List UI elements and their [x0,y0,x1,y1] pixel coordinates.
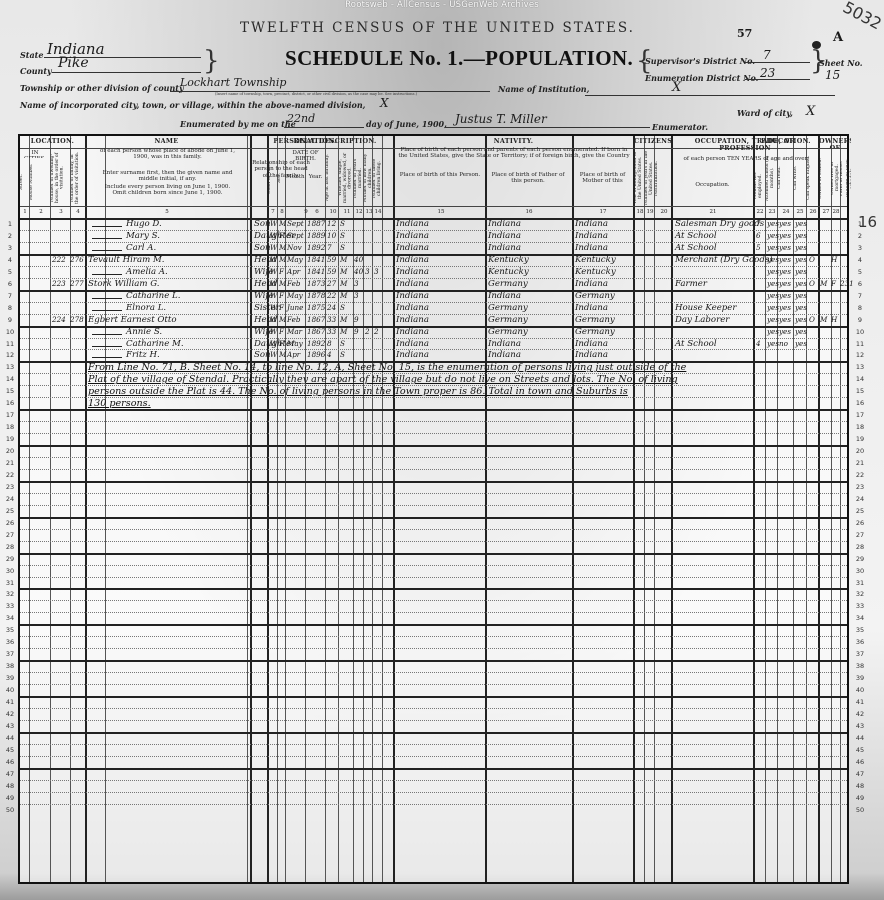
header-in-cities: IN CITIES. [20,150,50,158]
header-immigration-year: Year of immigration to the United States… [634,150,644,206]
cell-pob: Indiana [396,256,429,265]
line-number-right: 29 [853,555,867,563]
enumerator-name: Justus T. Miller [455,112,547,126]
row-divider [20,469,847,470]
ditto-dash [92,226,122,227]
cell-year: 1878 [307,292,325,299]
cell-month: Sept [287,232,304,239]
header-name-desc: of each person whose place of abode on J… [100,148,235,168]
cell-month: Feb [287,280,300,287]
cell-farm: H [831,316,837,323]
row-divider [20,612,847,613]
cell-name: Fritz H. [126,351,160,360]
cell-age: 7 [327,244,332,251]
column-number: 14 [373,209,383,215]
row-divider [20,588,847,590]
cell-marital: M [340,256,347,263]
cell-write: yes [779,280,791,287]
column-number: 22 [755,209,765,215]
ditto-dash [92,250,122,251]
cell-read: yes [767,340,779,347]
cell-farm: H [831,256,837,263]
row-divider [20,421,847,422]
schedule-title: SCHEDULE No. 1.—POPULATION. [285,46,633,71]
cell-year: 1873 [307,280,325,287]
column-divider [353,136,354,882]
township-label: Township or other division of county [20,83,184,93]
line-number-right: 10 [853,328,867,336]
cell-sex: M [279,351,286,358]
cell-pob-father: Indiana [488,351,521,360]
column-number: 8 [277,209,287,215]
ditto-dash [92,346,122,347]
cell-pob-father: Indiana [488,232,521,241]
incorporated-label: Name of incorporated city, town, or vill… [20,100,365,110]
cell-marital: M [340,292,347,299]
line-number-right: 3 [853,244,867,252]
cell-write: no [779,340,788,347]
line-number-right: 26 [853,519,867,527]
line-number-left: 10 [3,328,17,336]
line-number-left: 47 [3,770,17,778]
cell-color: W [270,292,277,299]
header-sex: Sex. [278,150,285,206]
cell-pob: Indiana [396,328,429,337]
line-number-right: 50 [853,806,867,814]
cell-living: 3 [374,268,379,275]
cell-sex: M [279,220,286,227]
brace-icon: } [203,46,220,76]
column-number: 23 [767,209,777,215]
cell-english: yes [795,268,807,275]
cell-sex: F [279,328,284,335]
cell-age: 33 [327,328,336,335]
cell-month: Nov [287,244,302,251]
cell-marital: S [340,232,345,239]
cell-color: W [270,351,277,358]
enumerator-underline [445,127,650,128]
cell-schedule: 231 [840,280,854,287]
row-divider [20,720,847,721]
county-value: Pike [58,55,89,71]
cell-pob-mother: Indiana [575,244,608,253]
cell-write: yes [779,316,791,323]
cell-read: yes [767,232,779,239]
column-number: 17 [598,209,608,215]
line-number-left: 29 [3,555,17,563]
column-divider [382,136,383,882]
cell-months: 5 [756,244,761,251]
cell-year: 1841 [307,268,325,275]
cell-pob-father: Kentucky [488,256,529,265]
cell-write: yes [779,232,791,239]
line-number-left: 25 [3,507,17,515]
line-number-left: 13 [3,363,17,371]
line-number-left: 22 [3,471,17,479]
header-personal: PERSONAL DESCRIPTION. [268,138,382,148]
cell-color: W [270,256,277,263]
header-children-living: Number of these children living. [373,150,382,206]
column-number: 11 [342,209,352,215]
cell-marital: M [340,316,347,323]
cell-name: Catharine L. [126,292,180,301]
cell-color: W [270,232,277,239]
cell-pob-mother: Indiana [575,340,608,349]
line-number-right: 33 [853,602,867,610]
supervisor-label: Supervisor's District No. [645,56,755,66]
day-underline [284,127,364,128]
header-family-number: Number of family, in the order of visita… [71,150,85,206]
column-number: 20 [659,209,669,215]
ditto-dash [92,357,122,358]
cell-occupation: Salesman Dry goods [675,220,764,229]
line-number-left: 30 [3,567,17,575]
line-number-left: 6 [3,280,17,288]
line-number-left: 43 [3,722,17,730]
cell-month: Apr [287,268,300,275]
column-divider [29,136,30,882]
header-pob-person: Place of birth of this Person. [398,172,482,186]
cell-age: 4 [327,351,332,358]
cell-pob-father: Germany [488,316,528,325]
line-number-left: 37 [3,650,17,658]
enumerator-label: Enumerator. [652,122,708,132]
cell-marital: M [340,280,347,287]
line-number-right: 17 [853,411,867,419]
cell-name: Tevault Hiram M. [88,256,164,265]
cell-year: 1892 [307,244,325,251]
line-number-left: 8 [3,304,17,312]
cell-free: M [820,316,827,323]
cell-farm: F [831,280,836,287]
cell-years-married: 3 [354,292,359,299]
cell-month: Sept [287,220,304,227]
line-number-left: 4 [3,256,17,264]
cell-english: yes [795,244,807,251]
header-divider [20,206,847,207]
line-number-right: 42 [853,710,867,718]
header-farm-schedule: Number of farm schedule. [846,150,851,206]
line-number-left: 19 [3,435,17,443]
cell-write: yes [779,256,791,263]
line-number-left: 26 [3,519,17,527]
row-divider [20,624,847,626]
cell-pob: Indiana [396,268,429,277]
line-number-right: 25 [853,507,867,515]
cell-months: 4 [756,340,761,347]
cell-write: yes [779,304,791,311]
cell-year: 1896 [307,351,325,358]
header-dob: DATE OF BIRTH. [286,150,325,160]
line-number-right: 13 [853,363,867,371]
line-number-left: 28 [3,543,17,551]
cell-read: yes [767,268,779,275]
header-nativity: NATIVITY. [394,138,633,147]
cell-pob-father: Indiana [488,220,521,229]
cell-write: yes [779,244,791,251]
line-number-left: 42 [3,710,17,718]
line-number-right: 14 [853,375,867,383]
line-number-right: 45 [853,746,867,754]
header-years-married: Number of years married. [354,150,363,206]
county-underline [52,72,201,73]
line-number-right: 43 [853,722,867,730]
line-number-left: 3 [3,244,17,252]
header-attended-school: Attended school (in months). [766,150,777,206]
line-number-left: 20 [3,447,17,455]
cell-occupation: Day Laborer [675,316,729,325]
cell-name: Hugo D. [126,220,162,229]
cell-marital: S [340,244,345,251]
cell-color: W [270,268,277,275]
cell-marital: S [340,220,345,227]
cell-occupation: At School [675,232,717,241]
line-number-left: 1 [3,220,17,228]
cell-relation: Son [254,351,271,360]
line-number-left: 5 [3,268,17,276]
row-divider [20,732,847,734]
cell-read: yes [767,256,779,263]
line-number-right: 24 [853,495,867,503]
cell-months: 6 [756,232,761,239]
header-years-in-us: Number of years in the United States. [645,150,654,206]
cell-color: W [270,328,277,335]
cell-pob-father: Kentucky [488,268,529,277]
line-number-right: 4 [853,256,867,264]
township-value: Lockhart Township [180,76,286,89]
cell-english: yes [795,280,807,287]
cell-month: Feb [287,316,300,323]
line-number-right: 37 [853,650,867,658]
enumeration-value: 23 [760,66,775,80]
line-number-right: 41 [853,698,867,706]
incorporated-value: X [380,96,389,110]
header-name-instr1: Enter surname first, then the given name… [100,170,235,182]
cell-write: yes [779,268,791,275]
cell-dwelling: 224 [52,316,66,323]
line-number-left: 48 [3,782,17,790]
row-divider [20,541,847,542]
cell-read: yes [767,304,779,311]
line-number-left: 33 [3,602,17,610]
row-divider [20,768,847,770]
cell-sex: F [279,268,284,275]
column-number: 24 [781,209,791,215]
line-number-right: 1 [853,220,867,228]
cell-age: 59 [327,256,336,263]
column-number: 5 [162,209,172,215]
cell-read: yes [767,316,779,323]
column-divider [372,136,373,882]
cell-name: Egbert Earnest Otto [88,316,177,325]
header-color: Color or race. [268,150,277,206]
line-number-left: 31 [3,579,17,587]
line-number-right: 39 [853,674,867,682]
line-number-left: 34 [3,614,17,622]
page-letter: A [833,30,843,45]
column-number: 27 [821,209,831,215]
cell-family: 276 [70,256,84,263]
column-divider [572,136,574,882]
cell-age: 24 [327,304,336,311]
watermark: Rootsweb - AllCensus - USGenWeb Archives [0,0,884,10]
line-number-right: 44 [853,734,867,742]
cell-pob: Indiana [396,304,429,313]
census-title: TWELFTH CENSUS OF THE UNITED STATES. [240,20,635,36]
cell-read: yes [767,328,779,335]
line-number-left: 12 [3,351,17,359]
column-divider [247,136,248,882]
row-divider [20,409,847,411]
header-naturalization: Naturalization. [655,150,671,206]
cell-family: 278 [70,316,84,323]
enumerator-note-line: 130 persons. [88,398,151,409]
cell-month: May [287,256,303,263]
cell-age: 12 [327,220,336,227]
cell-english: yes [795,220,807,227]
cell-read: yes [767,244,779,251]
column-divider [50,136,51,882]
institution-label: Name of Institution, [498,84,589,94]
row-divider [20,672,847,673]
cell-pob: Indiana [396,244,429,253]
cell-mother-of: 3 [365,268,370,275]
line-number-right: 9 [853,316,867,324]
column-divider [363,136,364,882]
cell-marital: S [340,304,345,311]
line-number-right: 21 [853,459,867,467]
header-location: LOCATION. [20,138,85,148]
line-number-left: 49 [3,794,17,802]
header-ownership: OWNERSHIP OF HOME. [819,138,851,148]
page-number: 57 [737,27,752,40]
line-number-right: 18 [853,423,867,431]
cell-occupation: At School [675,340,717,349]
column-number: 2 [36,209,46,215]
cell-age: 22 [327,292,336,299]
cell-age: 33 [327,316,336,323]
header-occupation: Occupation. [672,182,753,192]
cell-pob-mother: Indiana [575,351,608,360]
row-divider [20,529,847,530]
enumerator-note-line: From Line No. 71, B. Sheet No. 14, to li… [88,362,686,373]
cell-occupation: Merchant (Dry Goods) [675,256,773,265]
line-number-right: 28 [853,543,867,551]
line-number-right: 40 [853,686,867,694]
cell-pob-father: Germany [488,304,528,313]
ditto-dash [92,274,122,275]
header-months-unemployed: Months not employed. [754,166,765,206]
line-number-right: 35 [853,626,867,634]
cell-owned: O [809,280,815,287]
column-number: 9 [301,209,311,215]
header-name-instr2: Include every person living on June 1, 1… [100,184,235,198]
column-number: 10 [328,209,338,215]
cell-pob-father: Indiana [488,244,521,253]
line-number-right: 20 [853,447,867,455]
row-divider [20,804,847,805]
cell-pob-father: Germany [488,328,528,337]
line-number-right: 15 [853,387,867,395]
row-divider [20,696,847,698]
cell-sex: F [279,292,284,299]
line-number-left: 39 [3,674,17,682]
line-number-left: 46 [3,758,17,766]
header-pob-father: Place of birth of Father of this person. [487,172,569,186]
cell-color: W [270,316,277,323]
line-number-right: 32 [853,590,867,598]
row-divider [20,660,847,662]
cell-age: 10 [327,232,336,239]
line-number-left: 16 [3,399,17,407]
cell-color: W [270,304,277,311]
header-citizenship: CITIZENSHIP. [634,138,671,147]
line-number-left: 36 [3,638,17,646]
cell-years-married: 9 [354,316,359,323]
column-divider [250,136,252,882]
line-number-left: 23 [3,483,17,491]
enumerated-label: Enumerated by me on the [180,119,296,129]
line-number-right: 23 [853,483,867,491]
cell-occupation: At School [675,244,717,253]
cell-name: Elnora L. [126,304,166,313]
cell-write: yes [779,292,791,299]
row-divider [20,792,847,793]
header-free-mortgaged: Owned free or mortgaged. [831,150,840,206]
cell-color: W [270,244,277,251]
cell-english: yes [795,316,807,323]
line-number-right: 46 [853,758,867,766]
header-mother-of: Mother of how many children. [364,150,372,206]
cell-month: Mar [287,328,302,335]
row-divider [20,780,847,781]
line-number-right: 8 [853,304,867,312]
line-number-left: 9 [3,316,17,324]
cell-sex: M [279,244,286,251]
line-number-left: 11 [3,340,17,348]
ditto-dash [92,310,122,311]
cell-pob-mother: Indiana [575,280,608,289]
column-divider [654,136,655,882]
ditto-dash [92,298,122,299]
cell-pob-mother: Germany [575,316,615,325]
column-number: 1 [20,209,30,215]
header-house-number: House Number. [30,160,50,204]
census-page: Rootsweb - AllCensus - USGenWeb Archives… [0,0,884,900]
row-divider [20,493,847,494]
header-owned-rented: Owned or rented. [819,150,831,206]
cell-english: yes [795,256,807,263]
cell-read: yes [767,292,779,299]
cell-year: 1867 [307,316,325,323]
enumerator-note-line: persons outside the Plat is 44. The No. … [88,386,628,397]
cell-sex: M [279,256,286,263]
column-number: 3 [56,209,66,215]
cell-sex: F [279,304,284,311]
cell-english: yes [795,304,807,311]
column-divider [840,136,841,882]
cell-years-married: 40 [354,268,363,275]
column-divider [831,136,832,882]
cell-years-married: 9 [354,328,359,335]
line-number-right: 11 [853,340,867,348]
cell-pob-mother: Kentucky [575,256,616,265]
ditto-dash [92,238,122,239]
line-number-left: 50 [3,806,17,814]
cell-sex: F [279,340,284,347]
line-number-right: 49 [853,794,867,802]
cell-pob: Indiana [396,351,429,360]
